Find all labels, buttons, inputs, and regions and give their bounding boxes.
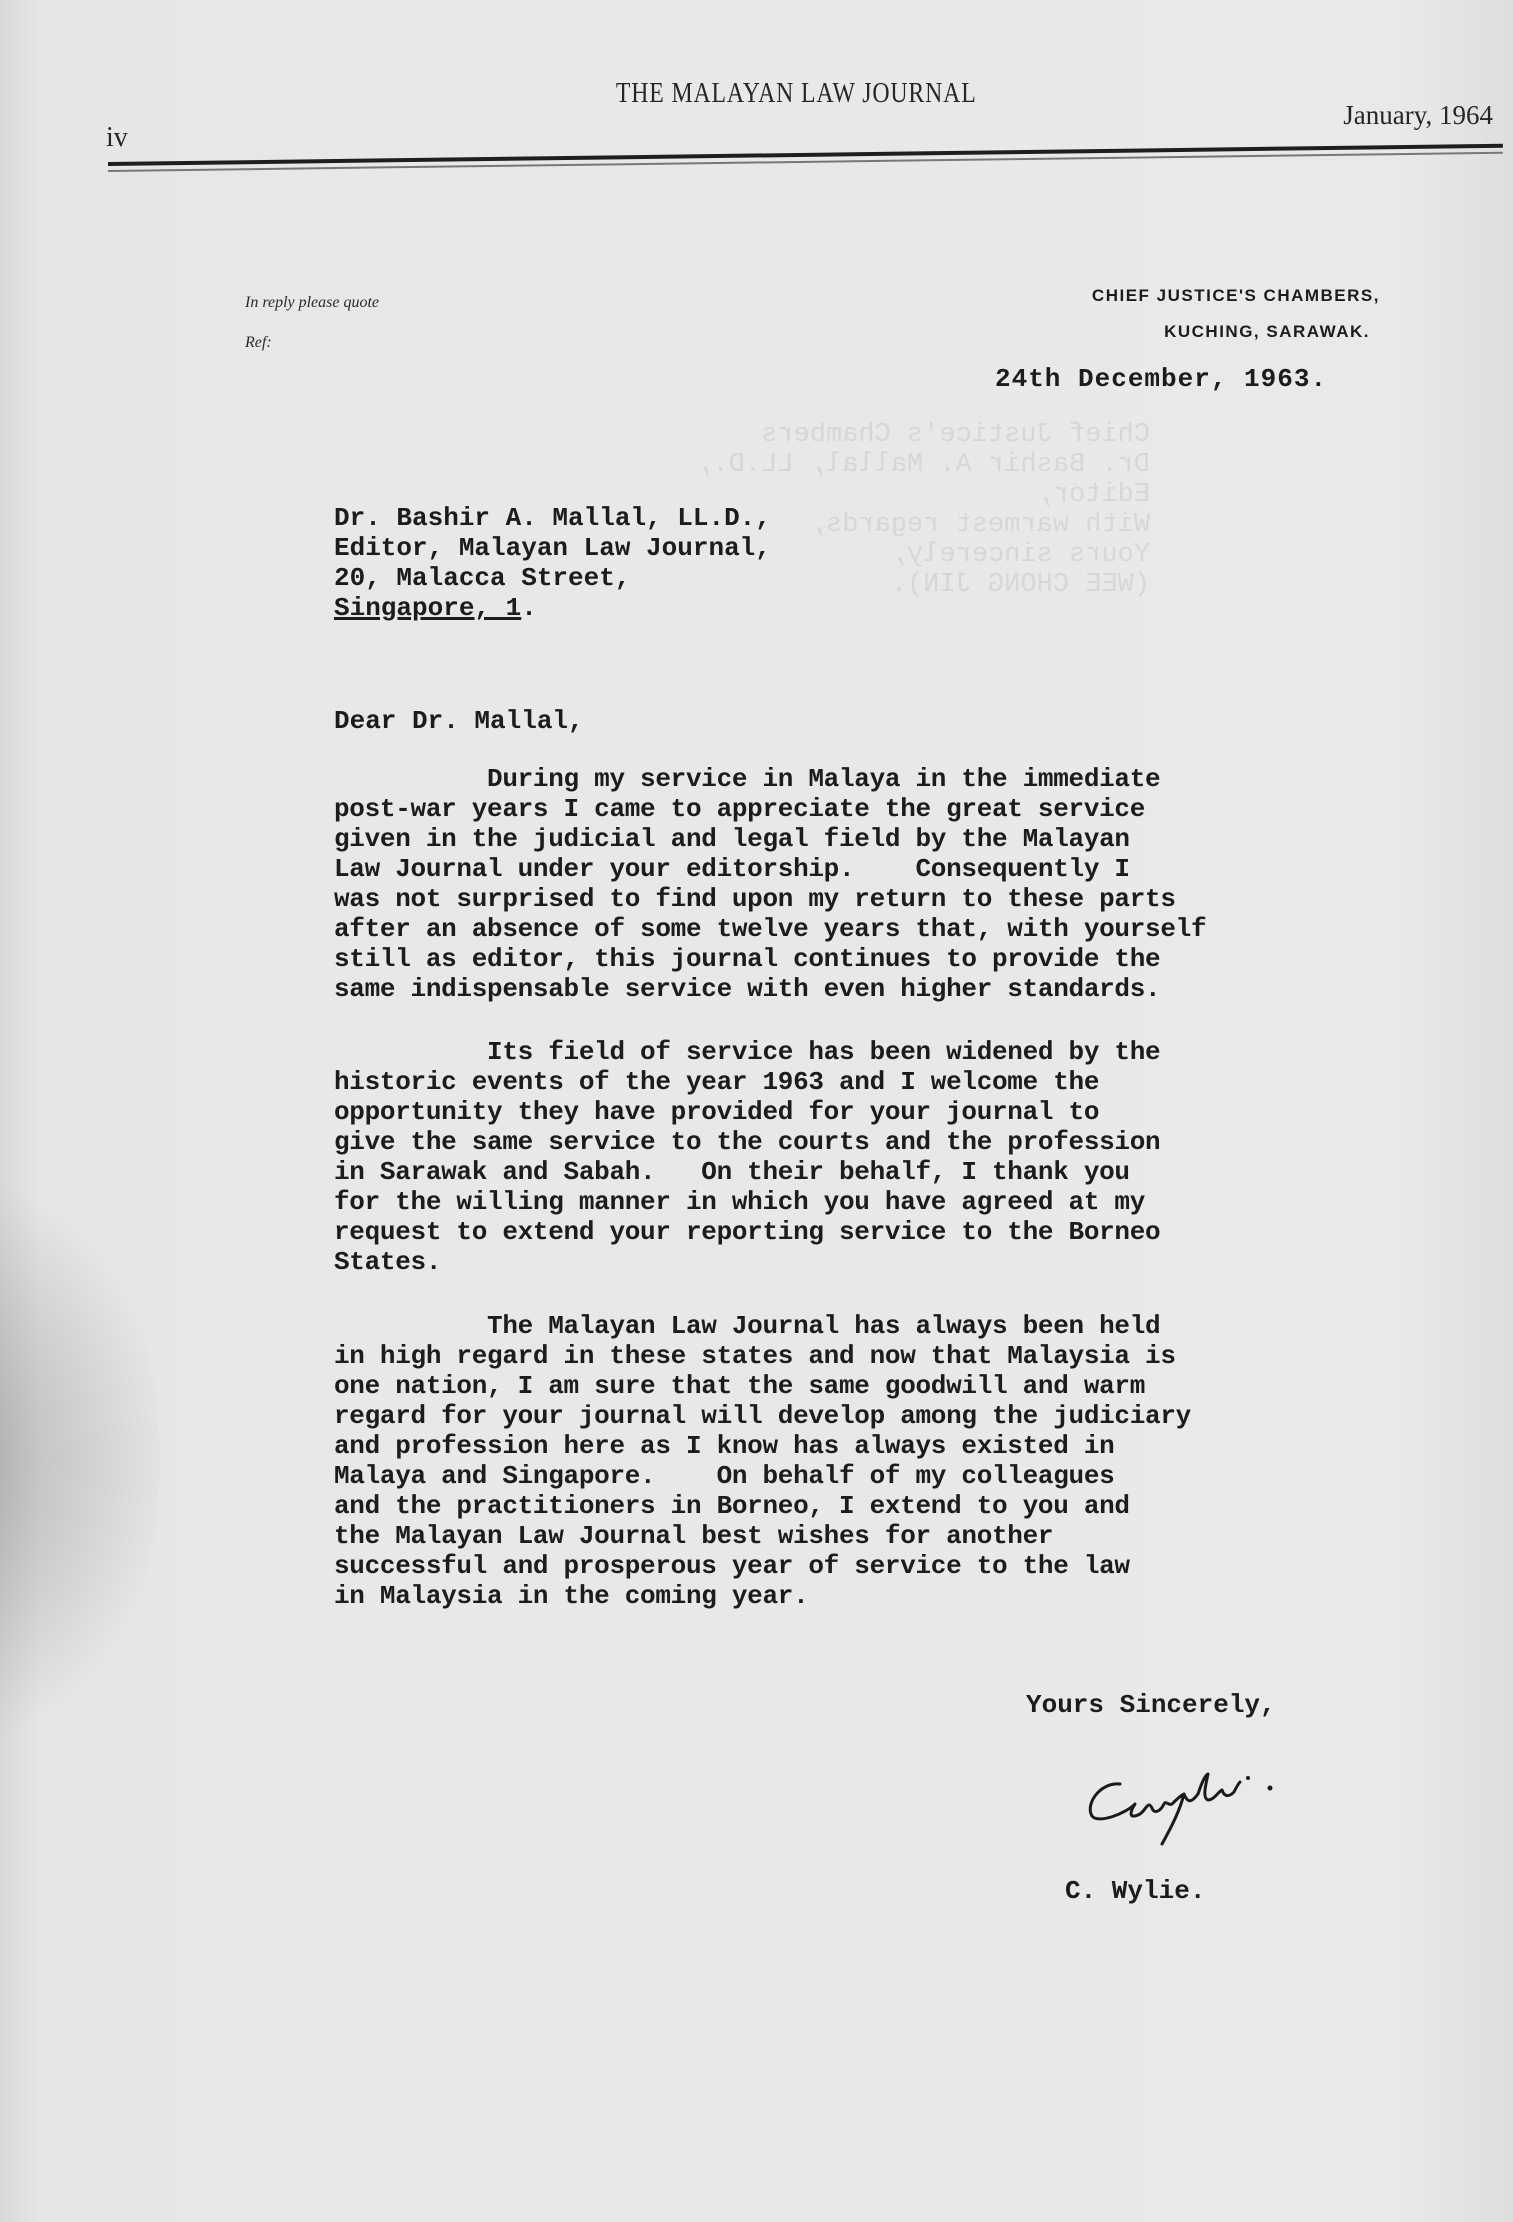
page-number: iv xyxy=(106,122,128,154)
closing: Yours Sincerely, xyxy=(1026,1690,1276,1720)
address-line-2: Editor, Malayan Law Journal, xyxy=(334,533,771,563)
address-line-4: Singapore, 1. xyxy=(334,593,771,623)
ref-label: Ref: xyxy=(245,334,272,352)
body-paragraph-1: During my service in Malaya in the immed… xyxy=(334,764,1434,1004)
salutation: Dear Dr. Mallal, xyxy=(334,706,584,736)
handwritten-signature xyxy=(1080,1764,1340,1854)
reply-note: In reply please quote xyxy=(245,294,379,312)
address-line-3: 20, Malacca Street, xyxy=(334,563,771,593)
body-paragraph-2: Its field of service has been widened by… xyxy=(334,1037,1434,1277)
journal-title: THE MALAYAN LAW JOURNAL xyxy=(0,78,1513,110)
recipient-address: Dr. Bashir A. Mallal, LL.D., Editor, Mal… xyxy=(334,503,771,623)
body-paragraph-3: The Malayan Law Journal has always been … xyxy=(334,1311,1434,1611)
address-line-1: Dr. Bashir A. Mallal, LL.D., xyxy=(334,503,771,533)
letter-date: 24th December, 1963. xyxy=(995,364,1327,394)
scanned-page: Chief Justice's Chambers Dr. Bashir A. M… xyxy=(0,0,1513,2222)
thumb-shadow xyxy=(0,1180,160,1740)
letterhead-office: CHIEF JUSTICE'S CHAMBERS, KUCHING, SARAW… xyxy=(1030,278,1380,350)
issue-date: January, 1964 xyxy=(1343,100,1493,131)
signer-name: C. Wylie. xyxy=(1065,1876,1205,1906)
office-line-2: KUCHING, SARAWAK. xyxy=(1030,314,1380,350)
office-line-1: CHIEF JUSTICE'S CHAMBERS, xyxy=(1030,278,1380,314)
